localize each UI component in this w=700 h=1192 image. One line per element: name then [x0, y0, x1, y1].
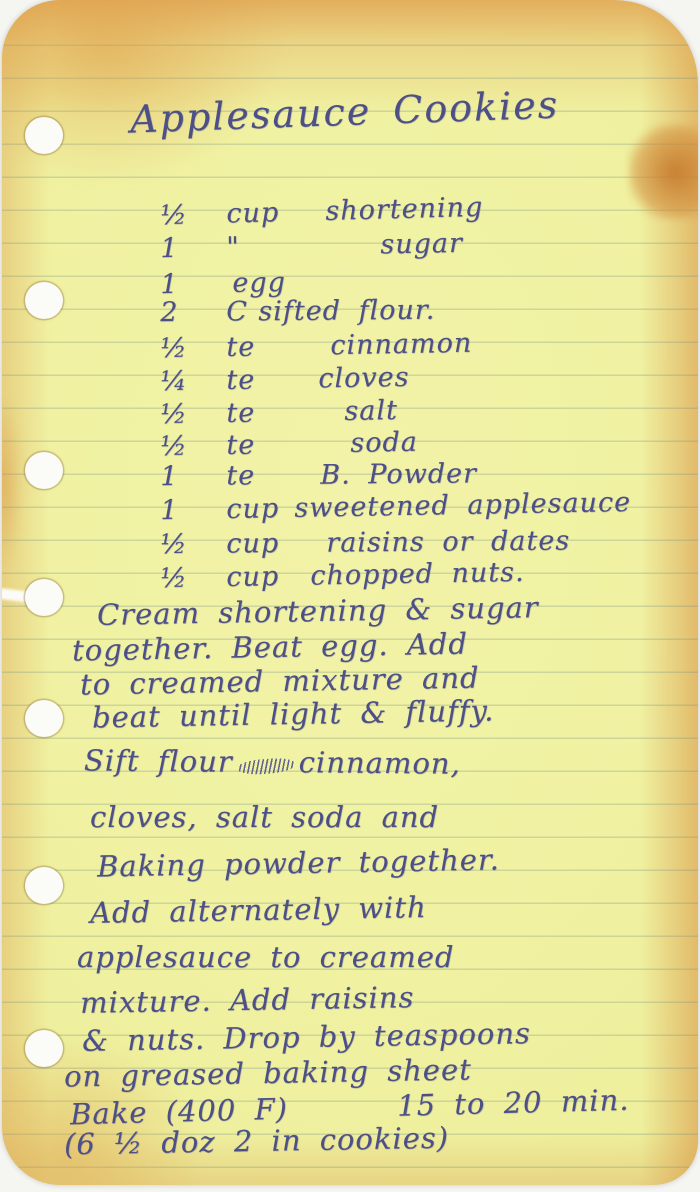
- ink-scribble: [236, 757, 295, 776]
- punch-hole: [25, 1030, 63, 1067]
- instruction-line: applesauce to creamed: [77, 940, 454, 974]
- ingredient-unit: cup: [226, 561, 311, 593]
- ingredient-item: chopped nuts.: [310, 557, 525, 592]
- instruction-line: cloves, salt soda and: [90, 800, 439, 834]
- punch-hole: [25, 452, 63, 489]
- ingredient-qty: ½: [160, 562, 227, 594]
- punch-hole: [25, 579, 63, 616]
- instruction-line: mixture. Add raisins: [80, 980, 415, 1020]
- instruction-line: Add alternately with: [90, 890, 427, 930]
- punch-hole: [25, 282, 63, 319]
- scanner-background: { "recipe": { "title": "Applesauce Cooki…: [0, 0, 700, 1192]
- punch-hole: [25, 700, 63, 737]
- instruction-line: beat until light & fluffy.: [92, 693, 495, 734]
- instruction-text: Sift flour: [84, 743, 233, 778]
- instruction-line: (6 ½ doz 2 in cookies): [64, 1121, 450, 1162]
- punch-hole: [25, 867, 63, 904]
- instruction-line: Sift flourcinnamon,: [84, 743, 461, 780]
- punch-hole: [25, 117, 63, 154]
- recipe-card-paper: Applesauce Cookies ½cupshortening 1"suga…: [2, 0, 698, 1185]
- instruction-line: Baking powder together.: [97, 842, 500, 883]
- instruction-text: cinnamon,: [299, 745, 461, 780]
